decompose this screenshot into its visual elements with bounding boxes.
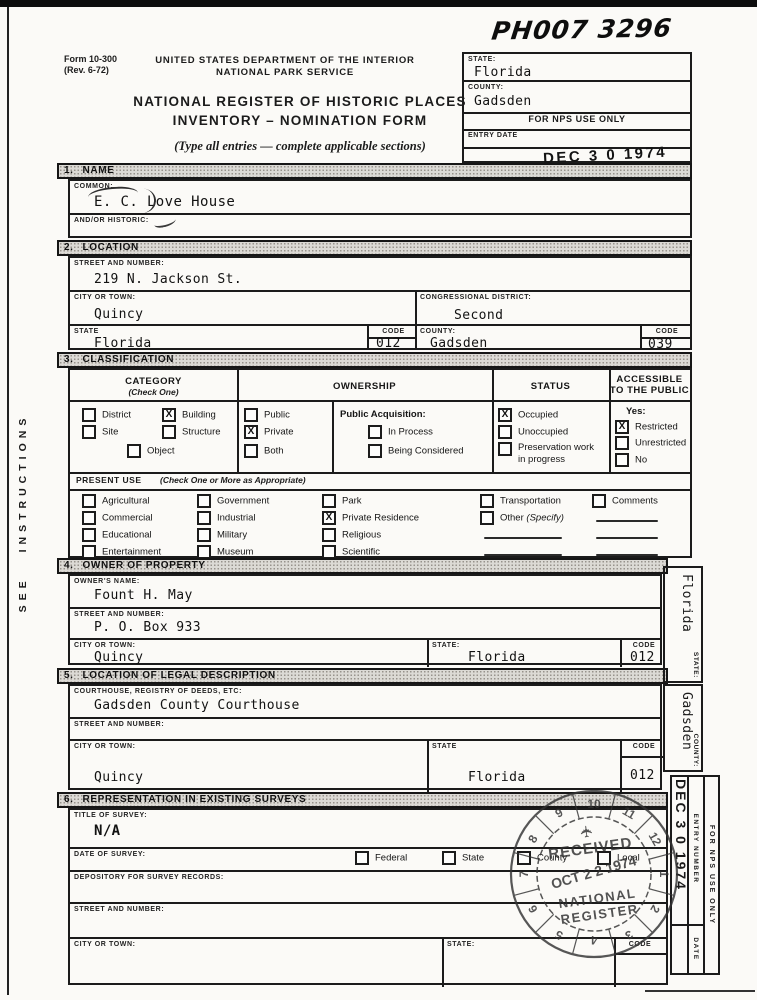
dial-number: 7: [517, 870, 531, 877]
courthouse-label: COURTHOUSE, REGISTRY OF DEEDS, ETC:: [74, 688, 242, 695]
checkbox-label-federal: Federal: [375, 853, 407, 864]
checkbox-site[interactable]: [82, 425, 96, 439]
margin-county-cell: COUNTY: Gadsden: [663, 684, 703, 772]
checkbox-structure[interactable]: [162, 425, 176, 439]
survey-city-label: CITY OR TOWN:: [74, 941, 136, 948]
margin-county-value: Gadsden: [679, 692, 694, 750]
checkbox-label-military: Military: [217, 530, 247, 541]
checkbox-label-being-considered: Being Considered: [388, 446, 464, 457]
checkbox-being-considered[interactable]: [368, 444, 382, 458]
checkbox-label-entertainment: Entertainment: [102, 547, 161, 558]
checkbox-label-educational: Educational: [102, 530, 152, 541]
survey-street-label: STREET AND NUMBER:: [74, 906, 164, 913]
legal-city-value: Quincy: [94, 770, 143, 785]
checkbox-label-state: State: [462, 853, 484, 864]
owner-city-label: CITY OR TOWN:: [74, 642, 136, 649]
checkbox-label-in-process: In Process: [388, 427, 433, 438]
margin-date-label: DATE: [687, 925, 703, 973]
section4-title: OWNER OF PROPERTY: [83, 560, 206, 571]
service-line: NATIONAL PARK SERVICE: [150, 67, 420, 79]
margin-state-label: STATE:: [692, 652, 699, 678]
checkbox-park[interactable]: [322, 494, 336, 508]
county-label: COUNTY:: [420, 328, 456, 335]
checkbox-restricted[interactable]: X: [615, 420, 629, 434]
checkbox-in-process[interactable]: [368, 425, 382, 439]
see-instructions-note: SEE INSTRUCTIONS: [17, 363, 29, 663]
present-use-subnote: (Check One or More as Appropriate): [160, 475, 306, 485]
checkbox-commercial[interactable]: [82, 511, 96, 525]
legal-code-value: 012: [630, 768, 655, 783]
checkbox-comments[interactable]: [592, 494, 606, 508]
present-use-label: PRESENT USE: [76, 475, 142, 485]
checkbox-private-residence[interactable]: X: [322, 511, 336, 525]
checkbox-scientific[interactable]: [322, 545, 336, 559]
owner-street-value: P. O. Box 933: [94, 620, 201, 635]
public-acquisition-label: Public Acquisition:: [340, 409, 426, 420]
fill-in-line[interactable]: [484, 554, 562, 556]
checkbox-label-other: Other: [500, 513, 524, 524]
checkbox-building[interactable]: X: [162, 408, 176, 422]
checkbox-military[interactable]: [197, 528, 211, 542]
historic-name-label: AND/OR HISTORIC:: [74, 217, 149, 224]
county-value: Gadsden: [430, 336, 488, 351]
section2-header: 2.LOCATION: [57, 240, 692, 256]
fill-in-line[interactable]: [596, 537, 658, 539]
section3-title: CLASSIFICATION: [83, 354, 175, 365]
dial-number: 4: [590, 933, 597, 947]
checkbox-label-preservation-work: Preservation work in progress: [518, 442, 594, 465]
dial-number: 3: [622, 927, 635, 943]
section6-title: REPRESENTATION IN EXISTING SURVEYS: [83, 794, 307, 805]
county-code-label: CODE: [644, 328, 690, 335]
city-value: Quincy: [94, 307, 143, 322]
checkbox-transportation[interactable]: [480, 494, 494, 508]
checkbox-label-private: Private: [264, 427, 294, 438]
checkbox-label-object: Object: [147, 446, 174, 457]
section1-title: NAME: [83, 165, 115, 176]
fill-in-line[interactable]: [484, 537, 562, 539]
agency-block: UNITED STATES DEPARTMENT OF THE INTERIOR…: [150, 55, 420, 79]
section4-header: 4.OWNER OF PROPERTY: [57, 558, 668, 574]
legal-street-label: STREET AND NUMBER:: [74, 721, 164, 728]
checkbox-label-park: Park: [342, 496, 362, 507]
dial-number: 9: [553, 805, 566, 821]
legal-state-value: Florida: [468, 770, 526, 785]
city-label: CITY OR TOWN:: [74, 294, 136, 301]
checkbox-label-district: District: [102, 410, 131, 421]
checkbox-religious[interactable]: [322, 528, 336, 542]
congressional-district-value: Second: [454, 308, 503, 323]
checkbox-label-industrial: Industrial: [217, 513, 256, 524]
received-stamp: 10 11 12 1 2 3 4 5 6 7 8 9 ✈ RECEIVED OC…: [507, 787, 681, 961]
checkbox-label-commercial: Commercial: [102, 513, 153, 524]
handwritten-annotation: [153, 215, 176, 229]
checkbox-object[interactable]: [127, 444, 141, 458]
checkbox-label-agricultural: Agricultural: [102, 496, 150, 507]
section3-number: 3.: [64, 354, 74, 366]
section3-header: 3.CLASSIFICATION: [57, 352, 692, 368]
scan-left-edge: [7, 7, 9, 995]
checkbox-agricultural[interactable]: [82, 494, 96, 508]
section1-number: 1.: [64, 165, 74, 177]
survey-title-label: TITLE OF SURVEY:: [74, 812, 147, 819]
category-subheader: (Check One): [70, 387, 237, 397]
checkbox-label-religious: Religious: [342, 530, 381, 541]
owner-state-label: STATE:: [432, 642, 460, 649]
form-title-block: NATIONAL REGISTER OF HISTORIC PLACES INV…: [110, 92, 490, 130]
checkbox-government[interactable]: [197, 494, 211, 508]
handwritten-id: PH007 3296: [490, 13, 674, 45]
ownership-header: OWNERSHIP: [237, 381, 492, 392]
checkbox-label-transportation: Transportation: [500, 496, 561, 507]
checkbox-label-private-residence: Private Residence: [342, 513, 419, 524]
checkbox-no[interactable]: [615, 453, 629, 467]
state-code-value: 012: [376, 336, 401, 351]
checkbox-label-restricted: Restricted: [635, 422, 678, 433]
margin-state-value: Florida: [679, 574, 694, 632]
owner-street-label: STREET AND NUMBER:: [74, 611, 164, 618]
legal-state-label: STATE: [432, 743, 457, 750]
street-value: 219 N. Jackson St.: [94, 272, 242, 287]
checkbox-label-no: No: [635, 455, 647, 466]
survey-state-label: STATE:: [447, 941, 475, 948]
checkbox-entertainment[interactable]: [82, 545, 96, 559]
section5-header: 5.LOCATION OF LEGAL DESCRIPTION: [57, 668, 668, 684]
form-number: Form 10-300: [64, 54, 159, 65]
section1-header: 1.NAME: [57, 163, 692, 179]
form-title-line2: INVENTORY – NOMINATION FORM: [110, 111, 490, 130]
checkbox-label-unrestricted: Unrestricted: [635, 438, 686, 449]
checkbox-label-building: Building: [182, 410, 216, 421]
congressional-district-label: CONGRESSIONAL DISTRICT:: [420, 294, 531, 301]
dial-number: 12: [646, 830, 665, 849]
legal-city-label: CITY OR TOWN:: [74, 743, 136, 750]
form-title-line1: NATIONAL REGISTER OF HISTORIC PLACES: [110, 92, 490, 111]
state-label: STATE: [74, 328, 99, 335]
scan-top-edge: [0, 0, 757, 7]
county-label: COUNTY:: [468, 84, 504, 91]
status-header: STATUS: [492, 381, 609, 392]
survey-date-label: DATE OF SURVEY:: [74, 851, 146, 858]
section2-number: 2.: [64, 242, 74, 254]
dial-number: 1: [657, 871, 671, 878]
state-code-label: CODE: [372, 328, 415, 335]
owner-city-value: Quincy: [94, 650, 143, 665]
section5-number: 5.: [64, 670, 74, 682]
state-value: Florida: [474, 65, 532, 80]
section3-box: CATEGORY (Check One) OWNERSHIP STATUS AC…: [68, 368, 692, 558]
owner-code-value: 012: [630, 650, 655, 665]
checkbox-label-unoccupied: Unoccupied: [518, 427, 568, 438]
margin-state-cell: STATE: Florida: [663, 566, 703, 683]
type-instruction-note: (Type all entries — complete applicable …: [110, 139, 490, 154]
checkbox-educational[interactable]: [82, 528, 96, 542]
courthouse-value: Gadsden County Courthouse: [94, 698, 300, 713]
section5-box: COURTHOUSE, REGISTRY OF DEEDS, ETC: Gads…: [68, 684, 662, 790]
checkbox-museum[interactable]: [197, 545, 211, 559]
checkbox-label-comments: Comments: [612, 496, 658, 507]
form-number-block: Form 10-300 (Rev. 6-72): [64, 54, 159, 76]
checkbox-label-site: Site: [102, 427, 118, 438]
checkbox-preservation-work[interactable]: [498, 442, 512, 456]
checkbox-unrestricted[interactable]: [615, 436, 629, 450]
nps-only-banner: FOR NPS USE ONLY: [464, 114, 690, 124]
owner-name-value: Fount H. May: [94, 588, 193, 603]
checkbox-industrial[interactable]: [197, 511, 211, 525]
margin-entry-number-label: ENTRY NUMBER: [687, 777, 703, 920]
owner-state-value: Florida: [468, 650, 526, 665]
legal-code-label: CODE: [626, 743, 662, 750]
accessible-header: ACCESSIBLE TO THE PUBLIC: [609, 374, 690, 396]
checkbox-unoccupied[interactable]: [498, 425, 512, 439]
county-code-value: 039: [648, 337, 673, 352]
owner-code-label: CODE: [626, 642, 662, 649]
section2-title: LOCATION: [83, 242, 139, 253]
checkbox-label-scientific: Scientific: [342, 547, 380, 558]
survey-title-value: N/A: [94, 823, 121, 839]
checkbox-occupied[interactable]: X: [498, 408, 512, 422]
state-label: STATE:: [468, 56, 496, 63]
dial-number: 8: [525, 832, 541, 845]
county-value: Gadsden: [474, 94, 532, 109]
scan-bottom-mark: [645, 990, 755, 992]
checkbox-label-structure: Structure: [182, 427, 221, 438]
fill-in-line[interactable]: [596, 554, 658, 556]
category-header: CATEGORY: [70, 376, 237, 387]
dial-number: 10: [587, 797, 601, 811]
checkbox-label-occupied: Occupied: [518, 410, 558, 421]
checkbox-district[interactable]: [82, 408, 96, 422]
entry-date-label: ENTRY DATE: [468, 132, 518, 139]
margin-nps-only-label: FOR NPS USE ONLY: [703, 777, 719, 973]
street-label: STREET AND NUMBER:: [74, 260, 164, 267]
document-page: Form 10-300 (Rev. 6-72) UNITED STATES DE…: [0, 0, 757, 1000]
section1-box: COMMON: E. C. Love House AND/OR HISTORIC…: [68, 179, 692, 238]
section2-box: STREET AND NUMBER: 219 N. Jackson St. CI…: [68, 256, 692, 350]
form-revision: (Rev. 6-72): [64, 65, 159, 76]
section6-number: 6.: [64, 794, 74, 806]
dial-number: 6: [525, 902, 541, 915]
state-value: Florida: [94, 336, 152, 351]
dial-number: 11: [620, 804, 638, 823]
checkbox-state[interactable]: [442, 851, 456, 865]
accessible-yes-label: Yes:: [626, 406, 646, 417]
other-specify-note: (Specify): [526, 513, 563, 524]
section5-title: LOCATION OF LEGAL DESCRIPTION: [83, 670, 276, 681]
dial-number: 5: [552, 927, 565, 943]
checkbox-both[interactable]: [244, 444, 258, 458]
checkbox-private[interactable]: X: [244, 425, 258, 439]
depository-label: DEPOSITORY FOR SURVEY RECORDS:: [74, 874, 224, 881]
airplane-icon: ✈: [578, 824, 596, 839]
checkbox-federal[interactable]: [355, 851, 369, 865]
fill-in-line[interactable]: [596, 520, 658, 522]
dial-number: 2: [647, 903, 663, 916]
department-line: UNITED STATES DEPARTMENT OF THE INTERIOR: [150, 55, 420, 67]
checkbox-label-museum: Museum: [217, 547, 253, 558]
checkbox-label-government: Government: [217, 496, 269, 507]
checkbox-public[interactable]: [244, 408, 258, 422]
owner-name-label: OWNER'S NAME:: [74, 578, 140, 585]
section4-number: 4.: [64, 560, 74, 572]
section4-box: OWNER'S NAME: Fount H. May STREET AND NU…: [68, 574, 662, 665]
checkbox-label-both: Both: [264, 446, 284, 457]
checkbox-other[interactable]: [480, 511, 494, 525]
checkbox-label-public: Public: [264, 410, 290, 421]
